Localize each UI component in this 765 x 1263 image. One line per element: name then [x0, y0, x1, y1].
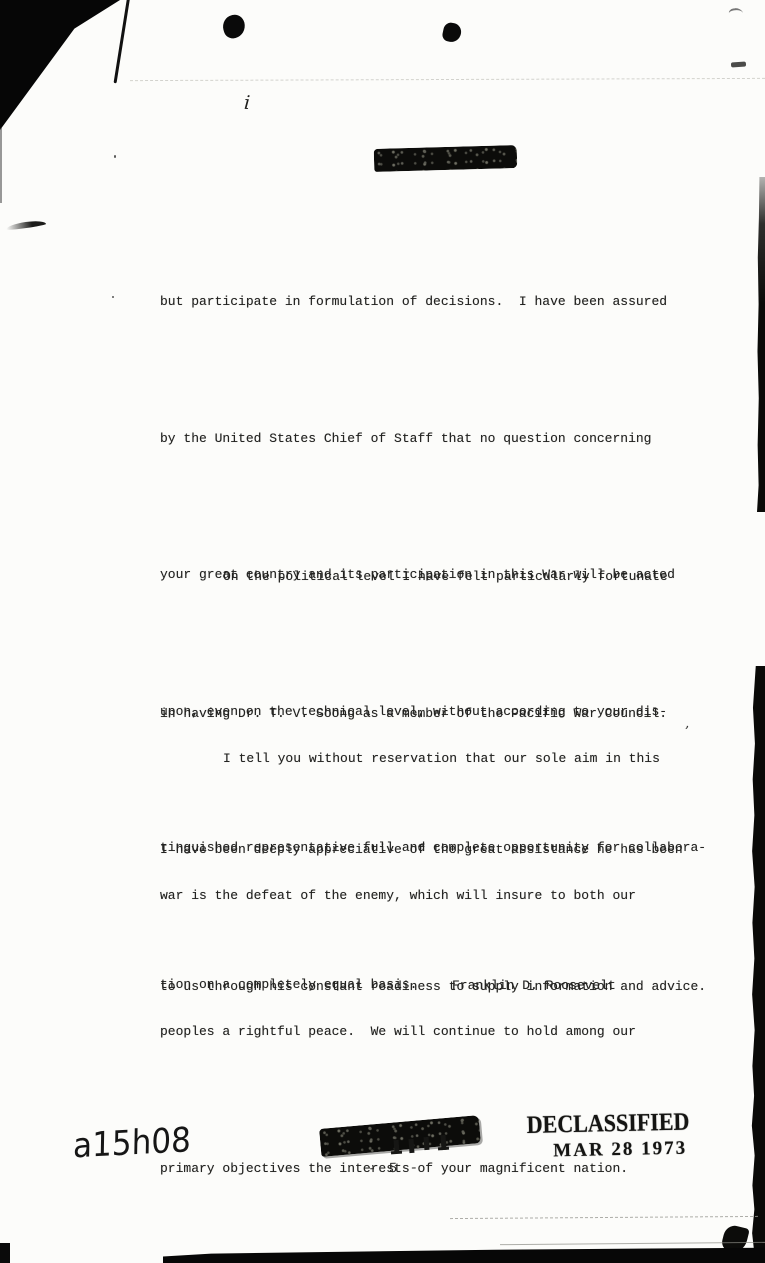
text-line: On the political level I have felt parti…	[160, 554, 740, 600]
scan-bottom-left-block	[0, 1243, 10, 1263]
redaction-bar-top	[374, 145, 518, 172]
stamp-remnant-stroke	[424, 1137, 430, 1150]
scan-smudge-top-right	[731, 61, 746, 67]
signature-line: Franklin D. Roosevelt	[452, 978, 616, 993]
text-line: peoples a rightful peace. We will contin…	[160, 1009, 740, 1055]
declassified-stamp: DECLASSIFIED MAR 28 1973	[526, 1108, 712, 1163]
ink-speck	[114, 155, 116, 158]
pen-swoosh-mark	[6, 219, 46, 231]
document-page: { "colors": { "paper": "#fcfcfa", "ink":…	[0, 0, 765, 1263]
punch-dot-left	[221, 13, 248, 41]
fold-crease-top	[130, 78, 765, 81]
declassified-title: DECLASSIFIED	[526, 1109, 689, 1140]
text-line: but participate in formulation of decisi…	[160, 279, 740, 325]
scan-diagonal-line	[114, 0, 130, 83]
scan-curl-top-right	[728, 7, 744, 20]
scan-bottom-bar	[163, 1246, 765, 1263]
ink-speck	[112, 296, 114, 298]
handwritten-note: a15h08	[72, 1114, 202, 1172]
scan-corner-artifact	[0, 0, 120, 130]
scan-left-edge-mark	[0, 128, 2, 203]
punch-dot-right	[441, 21, 463, 43]
scan-edge-bar-upper	[757, 177, 765, 512]
scan-edge-bar-lower	[751, 666, 765, 1263]
text-line: war is the defeat of the enemy, which wi…	[160, 873, 740, 919]
handwritten-note-text: a15h08	[73, 1120, 192, 1166]
declassified-date: MAR 28 1973	[527, 1137, 712, 1163]
text-line: I tell you without reservation that our …	[160, 736, 740, 782]
stray-ink-letter: i	[243, 92, 251, 114]
text-line: by the United States Chief of Staff that…	[160, 416, 740, 462]
stamp-remnant-stroke	[409, 1139, 415, 1153]
page-number: - 5 -	[368, 1161, 420, 1178]
